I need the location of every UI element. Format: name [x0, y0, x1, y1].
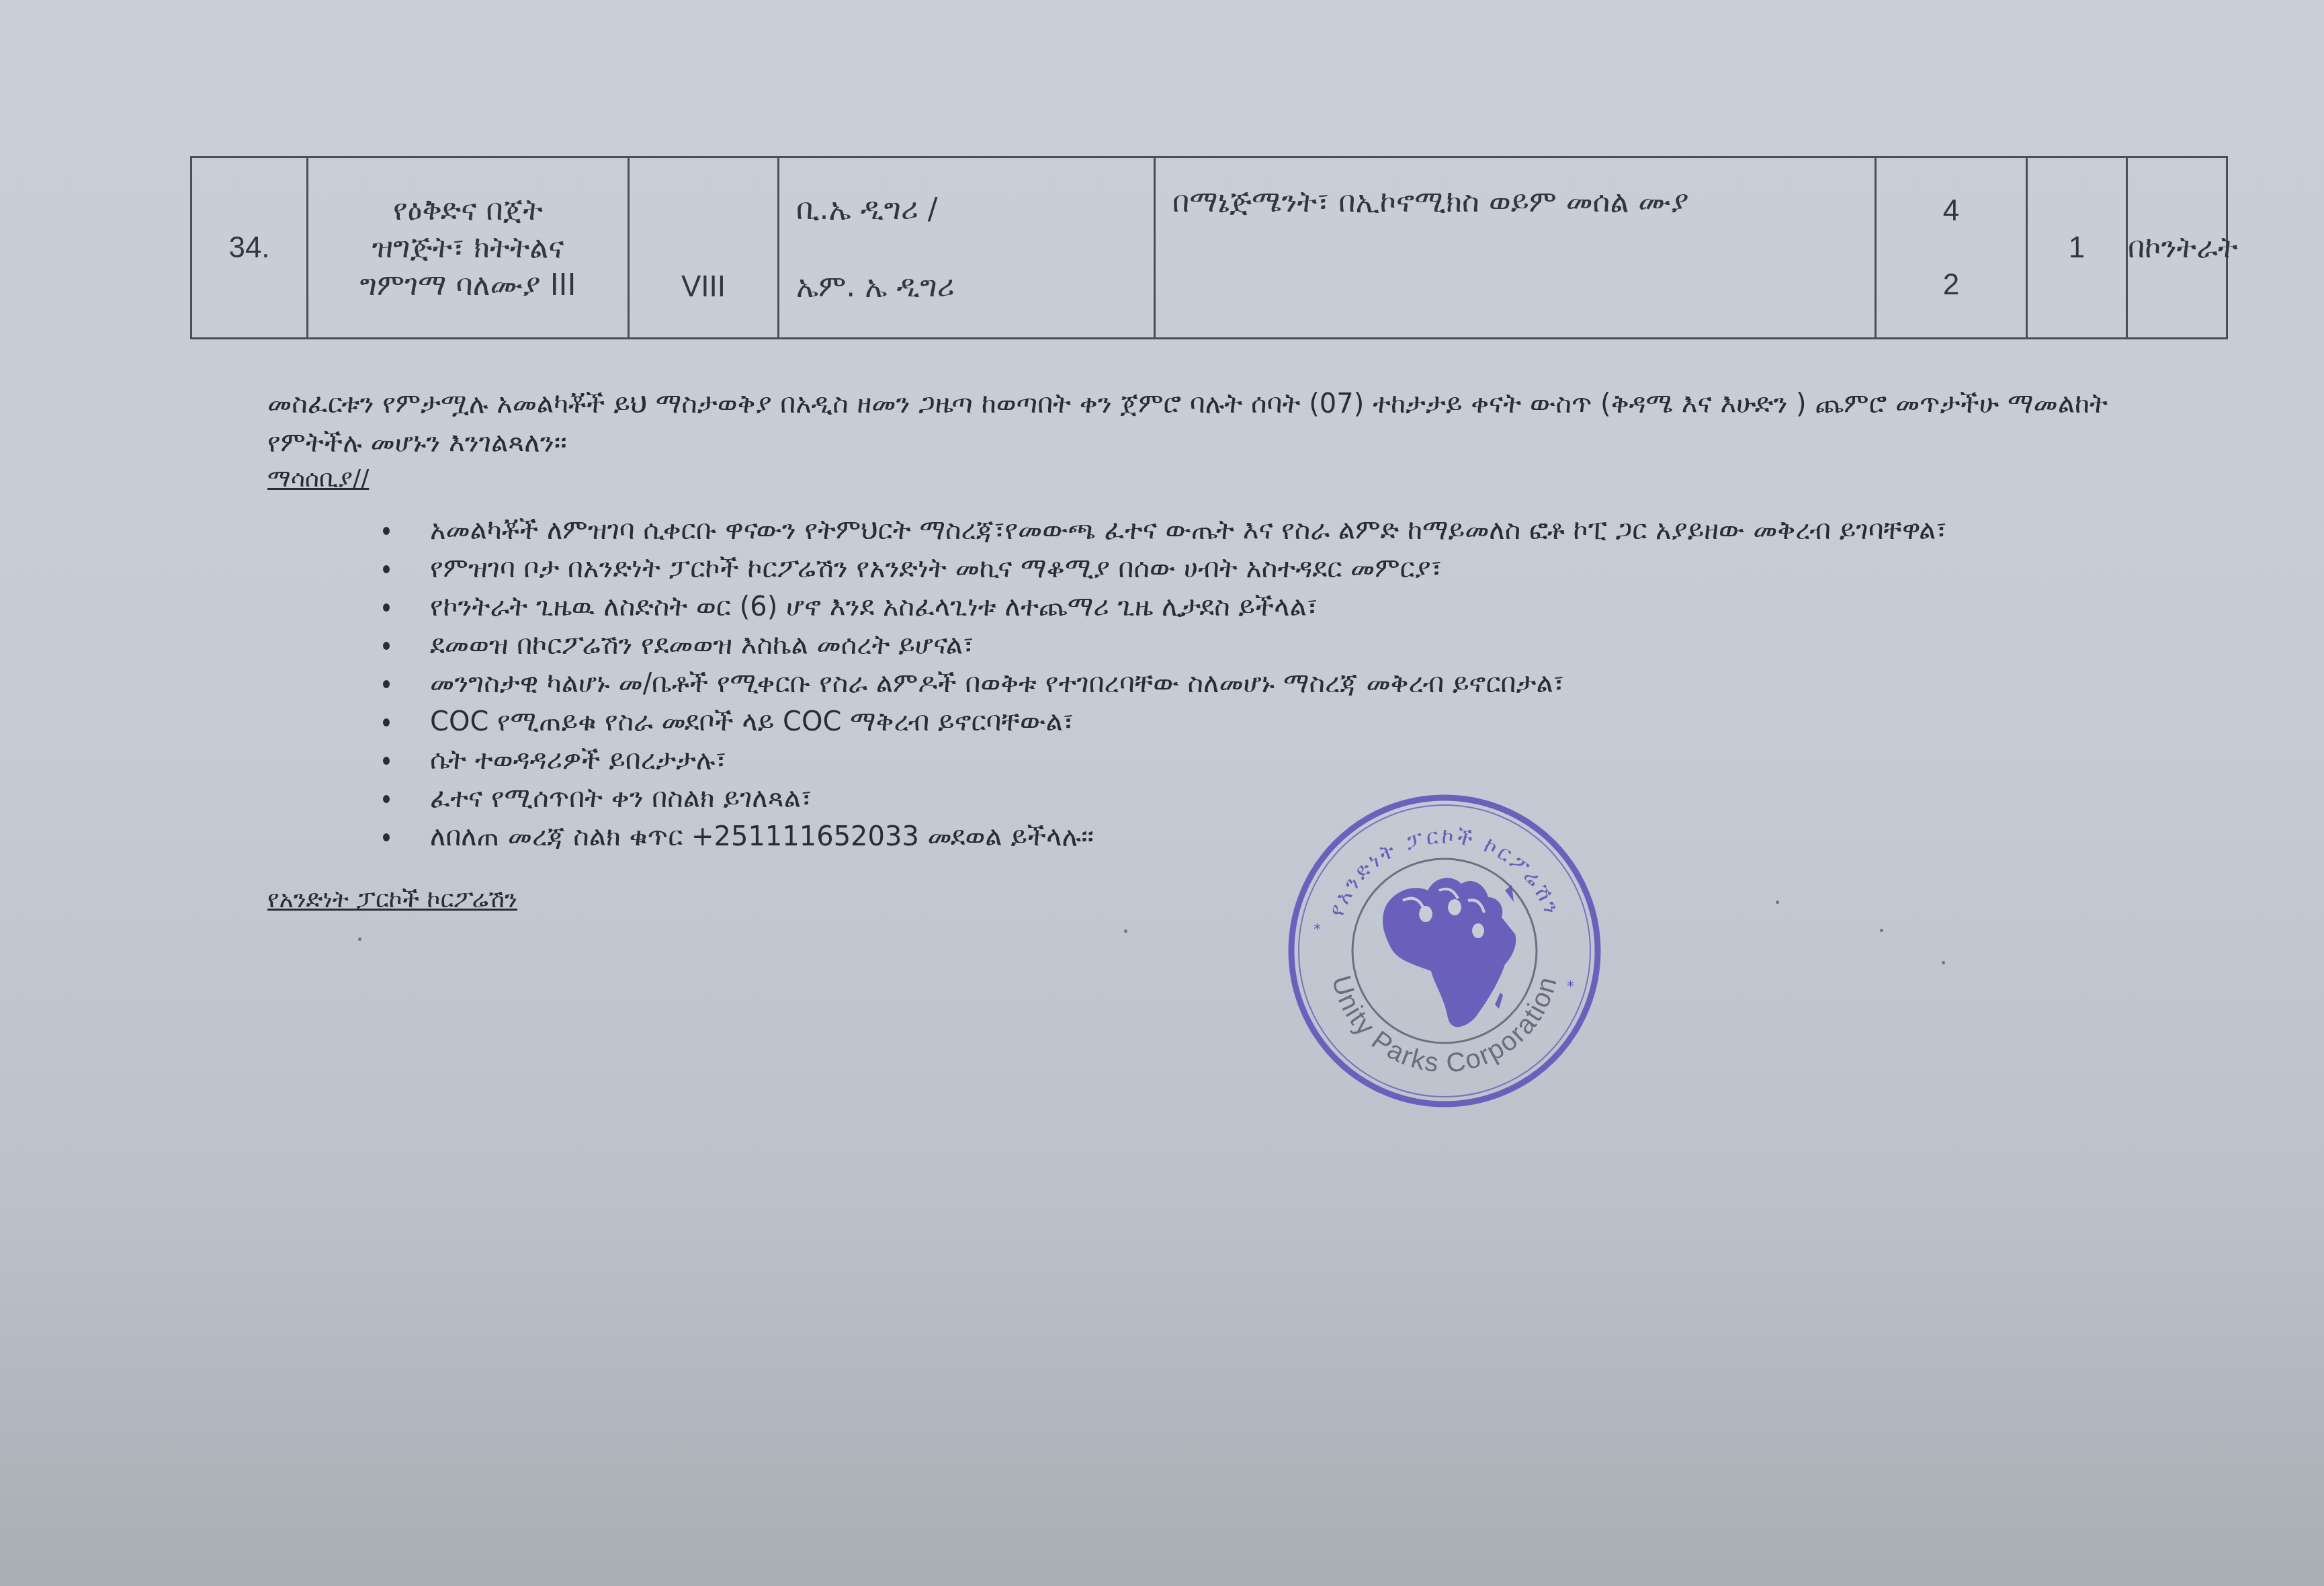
paper-speck — [358, 937, 361, 941]
bullet-icon — [383, 795, 390, 803]
list-item-text: አመልካቾች ለምዝገባ ሲቀርቡ ዋናውን የትምህርት ማስረጃ፣የመውጫ … — [430, 515, 1947, 546]
bullet-icon — [383, 603, 390, 612]
list-item-text: ፈተና የሚሰጥበት ቀን በስልክ ይገለጻል፣ — [430, 783, 812, 814]
field-of-study: በማኔጅሜንት፣ በኢኮኖሚክስ ወይም መሰል ሙያ — [1155, 157, 1876, 339]
bullet-icon — [383, 718, 390, 726]
notes-heading: ማሳሰቢያ// — [267, 465, 369, 493]
bullet-icon — [383, 527, 390, 535]
list-item: የምዝገባ ቦታ በአንድነት ፓርኮች ኮርፖሬሽን የአንድነት መኪና ማ… — [376, 550, 2056, 587]
experience-line: 2 — [1877, 248, 2026, 322]
list-item: አመልካቾች ለምዝገባ ሲቀርቡ ዋናውን የትምህርት ማስረጃ፣የመውጫ … — [376, 512, 2056, 549]
paper-speck — [1942, 961, 1945, 964]
experience-line: 4 — [1877, 174, 2026, 248]
list-item: ሴት ተወዳዳሪዎች ይበረታታሉ፣ — [376, 742, 2056, 779]
organization-signature: የአንድነት ፓርኮች ኮርፖሬሽን — [267, 886, 517, 914]
list-item-text: የምዝገባ ቦታ በአንድነት ፓርኮች ኮርፖሬሽን የአንድነት መኪና ማ… — [430, 553, 1442, 584]
list-item-text: ሴት ተወዳዳሪዎች ይበረታታሉ፣ — [430, 745, 726, 776]
list-item: ፈተና የሚሰጥበት ቀን በስልክ ይገለጻል፣ — [376, 780, 2056, 817]
list-item: የኮንትራት ጊዜዉ ለስድስት ወር (6) ሆኖ እንደ አስፈላጊነቱ ለ… — [376, 589, 2056, 626]
list-item-text: ለበለጠ መረጃ ስልክ ቁጥር +251111652033 መደወል ይችላሉ… — [430, 821, 1094, 852]
job-title-line: የዕቅድና በጀት — [308, 192, 628, 229]
bullet-icon — [383, 565, 390, 573]
list-item-text: ደመወዝ በኮርፖሬሽን የደመወዝ እስኬል መሰረት ይሆናል፣ — [430, 630, 974, 661]
bullet-icon — [383, 680, 390, 688]
list-item-text: የኮንትራት ጊዜዉ ለስድስት ወር (6) ሆኖ እንደ አስፈላጊነቱ ለ… — [430, 591, 1318, 622]
list-item-text: COC የሚጠይቁ የስራ መደቦች ላይ COC ማቅረብ ይኖርባቸውል፣ — [430, 706, 1074, 737]
table-row: 34. የዕቅድና በጀት ዝግጅት፣ ክትትልና ግምገማ ባለሙያ III … — [191, 157, 2227, 339]
paper-speck — [1124, 929, 1127, 933]
list-item: ደመወዝ በኮርፖሬሽን የደመወዝ እስኬል መሰረት ይሆናል፣ — [376, 627, 2056, 664]
job-level: VIII — [629, 157, 779, 339]
paper-speck — [1880, 929, 1883, 932]
degree-line: ቢ.ኤ ዲግሪ / — [796, 171, 1154, 248]
job-title-line: ዝግጅት፣ ክትትልና — [308, 229, 628, 267]
list-item: ለበለጠ መረጃ ስልክ ቁጥር +251111652033 መደወል ይችላሉ… — [376, 819, 2056, 855]
required-degree: ቢ.ኤ ዲግሪ / ኤም. ኤ ዲግሪ — [779, 157, 1155, 339]
africa-hand-emblem-icon — [1383, 878, 1516, 1027]
position-table: 34. የዕቅድና በጀት ዝግጅት፣ ክትትልና ግምገማ ባለሙያ III … — [190, 156, 2228, 339]
degree-line: ኤም. ኤ ዲግሪ — [796, 248, 1154, 325]
required-experience: 4 2 — [1876, 157, 2027, 339]
position-quantity: 1 — [2027, 157, 2127, 339]
list-item-text: መንግስታዊ ካልሆኑ መ/ቤቶች የሚቀርቡ የስራ ልምዶች በወቅቱ የተ… — [430, 668, 1564, 699]
bullet-icon — [383, 642, 390, 650]
official-stamp: የአንድነት ፓርኮች ኮርፖሬሽን Unity Parks Corporati… — [1283, 790, 1606, 1112]
list-item: መንግስታዊ ካልሆኑ መ/ቤቶች የሚቀርቡ የስራ ልምዶች በወቅቱ የተ… — [376, 665, 2056, 702]
bullet-icon — [383, 833, 390, 841]
row-number: 34. — [191, 157, 308, 339]
job-title: የዕቅድና በጀት ዝግጅት፣ ክትትልና ግምገማ ባለሙያ III — [308, 157, 629, 339]
stamp-seal-icon: የአንድነት ፓርኮች ኮርፖሬሽን Unity Parks Corporati… — [1283, 790, 1606, 1112]
employment-type: በኮንትራት — [2127, 157, 2227, 339]
intro-paragraph: መስፈርቱን የምታሟሉ አመልካቾች ይህ ማስታወቅያ በአዲስ ዘመን ጋ… — [267, 384, 2122, 462]
paper-speck — [1776, 901, 1779, 904]
star-icon: * — [1567, 978, 1574, 995]
notes-list: አመልካቾች ለምዝገባ ሲቀርቡ ዋናውን የትምህርት ማስረጃ፣የመውጫ … — [376, 512, 2056, 857]
bullet-icon — [383, 757, 390, 765]
job-title-line: ግምገማ ባለሙያ III — [308, 267, 628, 304]
star-icon: * — [1314, 921, 1321, 938]
list-item: COC የሚጠይቁ የስራ መደቦች ላይ COC ማቅረብ ይኖርባቸውል፣ — [376, 704, 2056, 741]
